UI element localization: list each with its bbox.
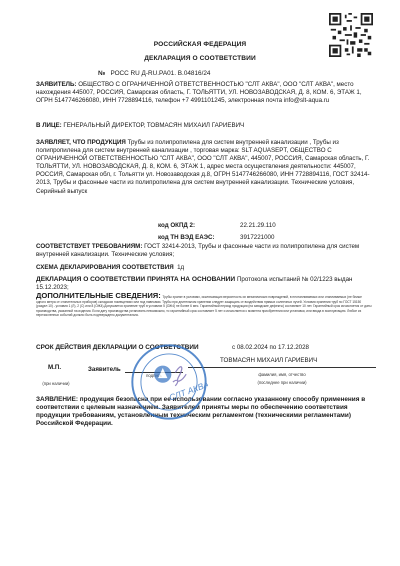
scheme-section: СХЕМА ДЕКЛАРИРОВАНИЯ СООТВЕТСТВИЯ 1д: [36, 264, 372, 272]
qr-code-icon: [329, 13, 373, 57]
signer-line: [188, 367, 376, 368]
mp-caption: (при наличии): [34, 381, 78, 386]
basis-section: ДЕКЛАРАЦИЯ О СООТВЕТСТВИИ ПРИНЯТА НА ОСН…: [36, 276, 372, 292]
validity-value: с 08.02.2024 по 17.12.2028: [232, 344, 309, 351]
representative-section: В ЛИЦЕ: ГЕНЕРАЛЬНЫЙ ДИРЕКТОР, ТОВМАСЯН М…: [36, 122, 372, 130]
document-title: ДЕКЛАРАЦИЯ О СООТВЕТСТВИИ: [0, 55, 400, 62]
signer-name: ТОВМАСЯН МИХАИЛ ГАРИЕВИЧ: [220, 357, 317, 364]
number-label: №: [98, 70, 105, 77]
okpd-value: 22.21.29.110: [240, 222, 276, 229]
signer-caption-1: фамилия, имя, отчество: [188, 372, 376, 377]
okpd-label-text: код ОКПД 2:: [158, 222, 195, 229]
statement-label: ЗАЯВЛЕНИЕ:: [36, 396, 78, 403]
declaration-number: № РОСС RU Д-RU.РА01. В.04816/24: [98, 70, 210, 77]
tnved-label: код ТН ВЭД ЕАЭС:: [158, 234, 215, 241]
mp-label: М.П.: [48, 364, 61, 371]
applicant-text: ОБЩЕСТВО С ОГРАНИЧЕННОЙ ОТВЕТСТВЕННОСТЬЮ…: [36, 81, 362, 104]
tnved-value: 3917221000: [240, 234, 274, 241]
declares-section: ЗАЯВЛЯЕТ, ЧТО ПРОДУКЦИЯ Трубы из полипро…: [36, 139, 372, 196]
representative-text: ГЕНЕРАЛЬНЫЙ ДИРЕКТОР, ТОВМАСЯН МИХАИЛ ГА…: [63, 122, 244, 129]
applicant-label: ЗАЯВИТЕЛЬ:: [36, 81, 76, 88]
conforms-label: СООТВЕТСТВУЕТ ТРЕБОВАНИЯМ:: [36, 243, 142, 250]
number-value: РОСС RU Д-RU.РА01. В.04816/24: [110, 70, 210, 77]
basis-label: ДЕКЛАРАЦИЯ О СООТВЕТСТВИИ ПРИНЯТА НА ОСН…: [36, 276, 235, 283]
declares-text: Трубы из полипропилена для систем внутре…: [36, 139, 370, 195]
conforms-section: СООТВЕТСТВУЕТ ТРЕБОВАНИЯМ: ГОСТ 32414-20…: [36, 243, 372, 259]
representative-label: В ЛИЦЕ:: [36, 122, 62, 129]
applicant-section: ЗАЯВИТЕЛЬ: ОБЩЕСТВО С ОГРАНИЧЕННОЙ ОТВЕТ…: [36, 81, 372, 105]
scheme-value: 1д: [177, 264, 184, 271]
signer-caption-2: (последнее при наличии): [188, 380, 376, 385]
company-stamp-icon: СЛТ АКВА: [130, 343, 208, 421]
additional-section: ДОПОЛНИТЕЛЬНЫЕ СВЕДЕНИЯ: Трубы хранят в …: [36, 294, 372, 318]
applicant-sign-label: Заявитель: [88, 366, 121, 373]
declares-label: ЗАЯВЛЯЕТ, ЧТО ПРОДУКЦИЯ: [36, 139, 126, 146]
country-heading: РОССИЙСКАЯ ФЕДЕРАЦИЯ: [0, 41, 400, 48]
scheme-label: СХЕМА ДЕКЛАРИРОВАНИЯ СООТВЕТСТВИЯ: [36, 264, 174, 271]
okpd-label: код ОКПД 2:: [158, 222, 195, 229]
tnved-label-text: код ТН ВЭД ЕАЭС:: [158, 234, 215, 241]
